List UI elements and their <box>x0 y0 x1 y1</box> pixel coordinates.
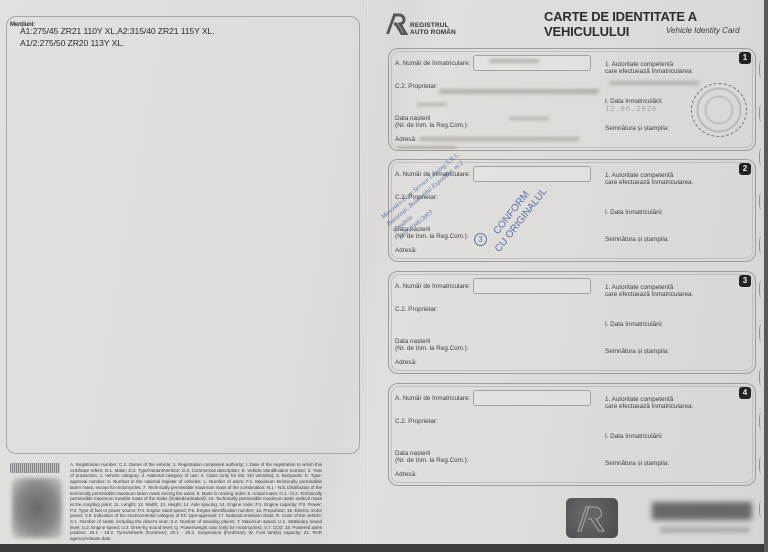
hologram <box>566 498 618 538</box>
birth-date-label: Data nașterii <box>395 450 430 457</box>
registration-section-1: 1 A. Număr de înmatriculare: C.2. Propri… <box>388 48 756 151</box>
redacted-serial <box>652 502 752 520</box>
owner-label: C.2. Proprietar: <box>395 418 438 425</box>
rar-logo-icon <box>384 13 408 35</box>
plate-number-field <box>473 278 591 294</box>
registration-date-label: I. Data înmatriculării: <box>605 98 663 105</box>
page-fold <box>366 0 368 544</box>
authority-label-2: care efectuează înmatricularea: <box>605 403 693 410</box>
issuer-name: REGISTRUL AUTO ROMÂN <box>410 22 456 36</box>
mentions-line-1: A1:275/45 ZR21 110Y XL,A2:315/40 ZR21 11… <box>20 25 214 37</box>
perforation-mark <box>759 368 763 386</box>
mentions-line-2: A1/2:275/50 ZR20 113Y XL. <box>20 37 214 49</box>
section-number-badge: 3 <box>739 275 751 287</box>
signature-label: Semnătura și ștampila: <box>605 125 669 132</box>
background-edge <box>0 544 768 552</box>
redacted-owner-2 <box>417 103 447 106</box>
section-number-badge: 4 <box>739 387 751 399</box>
section-number-badge: 1 <box>739 52 751 64</box>
plate-number-field <box>473 390 591 406</box>
plate-label: A. Număr de înmatriculare: <box>395 60 470 67</box>
registration-section-3: 3 A. Număr de înmatriculare: C.2. Propri… <box>388 271 756 374</box>
birth-date-label: Data nașterii <box>395 338 430 345</box>
registration-date-label: I. Data înmatriculării: <box>605 209 663 216</box>
signature-label: Semnătura și ștampila: <box>605 236 669 243</box>
address-label: Adresă: <box>395 136 417 143</box>
address-label: Adresă: <box>395 471 417 478</box>
registration-section-4: 4 A. Număr de înmatriculare: C.2. Propri… <box>388 383 756 486</box>
redacted-area <box>12 478 62 538</box>
perforation-mark <box>759 412 763 430</box>
background-edge-right <box>764 0 768 552</box>
perforation-mark <box>759 236 763 254</box>
registration-date-label: I. Data înmatriculării: <box>605 321 663 328</box>
mentions-text: A1:275/45 ZR21 110Y XL,A2:315/40 ZR21 11… <box>20 25 214 49</box>
owner-label: C.2. Proprietar: <box>395 83 438 90</box>
perforation-mark <box>759 456 763 474</box>
redacted-plate <box>489 59 539 63</box>
authority-label-2: care efectuează înmatricularea: <box>605 291 693 298</box>
redacted-serial-line <box>660 527 750 533</box>
perforation-mark <box>759 60 763 78</box>
plate-number-field <box>473 55 591 71</box>
birth-date-label: Data nașterii <box>395 115 430 122</box>
address-label: Adresă: <box>395 359 417 366</box>
authority-label: 1. Autoritate competentă <box>605 61 673 68</box>
perforation-mark <box>759 148 763 166</box>
redacted-address-2 <box>397 146 457 149</box>
regcom-label: (Nr. de înm. la Reg.Com.): <box>395 122 468 129</box>
vehicle-identity-card: Mențiuni: A1:275/45 ZR21 110Y XL,A2:315/… <box>0 0 766 544</box>
signature-label: Semnătura și ștampila: <box>605 348 669 355</box>
regcom-label: (Nr. de înm. la Reg.Com.): <box>395 457 468 464</box>
owner-label: C.2. Proprietar: <box>395 306 438 313</box>
plate-label: A. Număr de înmatriculare: <box>395 395 470 402</box>
document-subtitle: Vehicle Identity Card <box>666 26 740 35</box>
authority-label: 1. Autoritate competentă <box>605 396 673 403</box>
perforation-mark <box>759 500 763 518</box>
official-seal <box>691 83 747 137</box>
barcode-strip <box>10 463 60 473</box>
section-number-badge: 2 <box>739 163 751 175</box>
plate-label: A. Număr de înmatriculare: <box>395 283 470 290</box>
field-legend: A. Registration number; C.2. Owner of th… <box>70 462 322 542</box>
authority-label-2: care efectuează înmatricularea: <box>605 68 693 75</box>
authority-label: 1. Autoritate competentă <box>605 172 673 179</box>
registration-date-label: I. Data înmatriculării: <box>605 433 663 440</box>
redacted-birth <box>509 117 549 120</box>
authority-label: 1. Autoritate competentă <box>605 284 673 291</box>
authority-label-2: care efectuează înmatricularea: <box>605 179 693 186</box>
perforation-mark <box>759 280 763 298</box>
signature-label: Semnătura și ștampila: <box>605 460 669 467</box>
mentions-box <box>6 16 360 454</box>
registration-date-value: 12.06.2020 <box>605 105 657 113</box>
redacted-authority <box>609 81 699 85</box>
redacted-owner <box>439 89 599 94</box>
perforation-mark <box>759 324 763 342</box>
perforation-mark <box>759 104 763 122</box>
regcom-label: (Nr. de înm. la Reg.Com.): <box>395 345 468 352</box>
perforation-mark <box>759 192 763 210</box>
hologram-logo-icon <box>574 504 608 532</box>
